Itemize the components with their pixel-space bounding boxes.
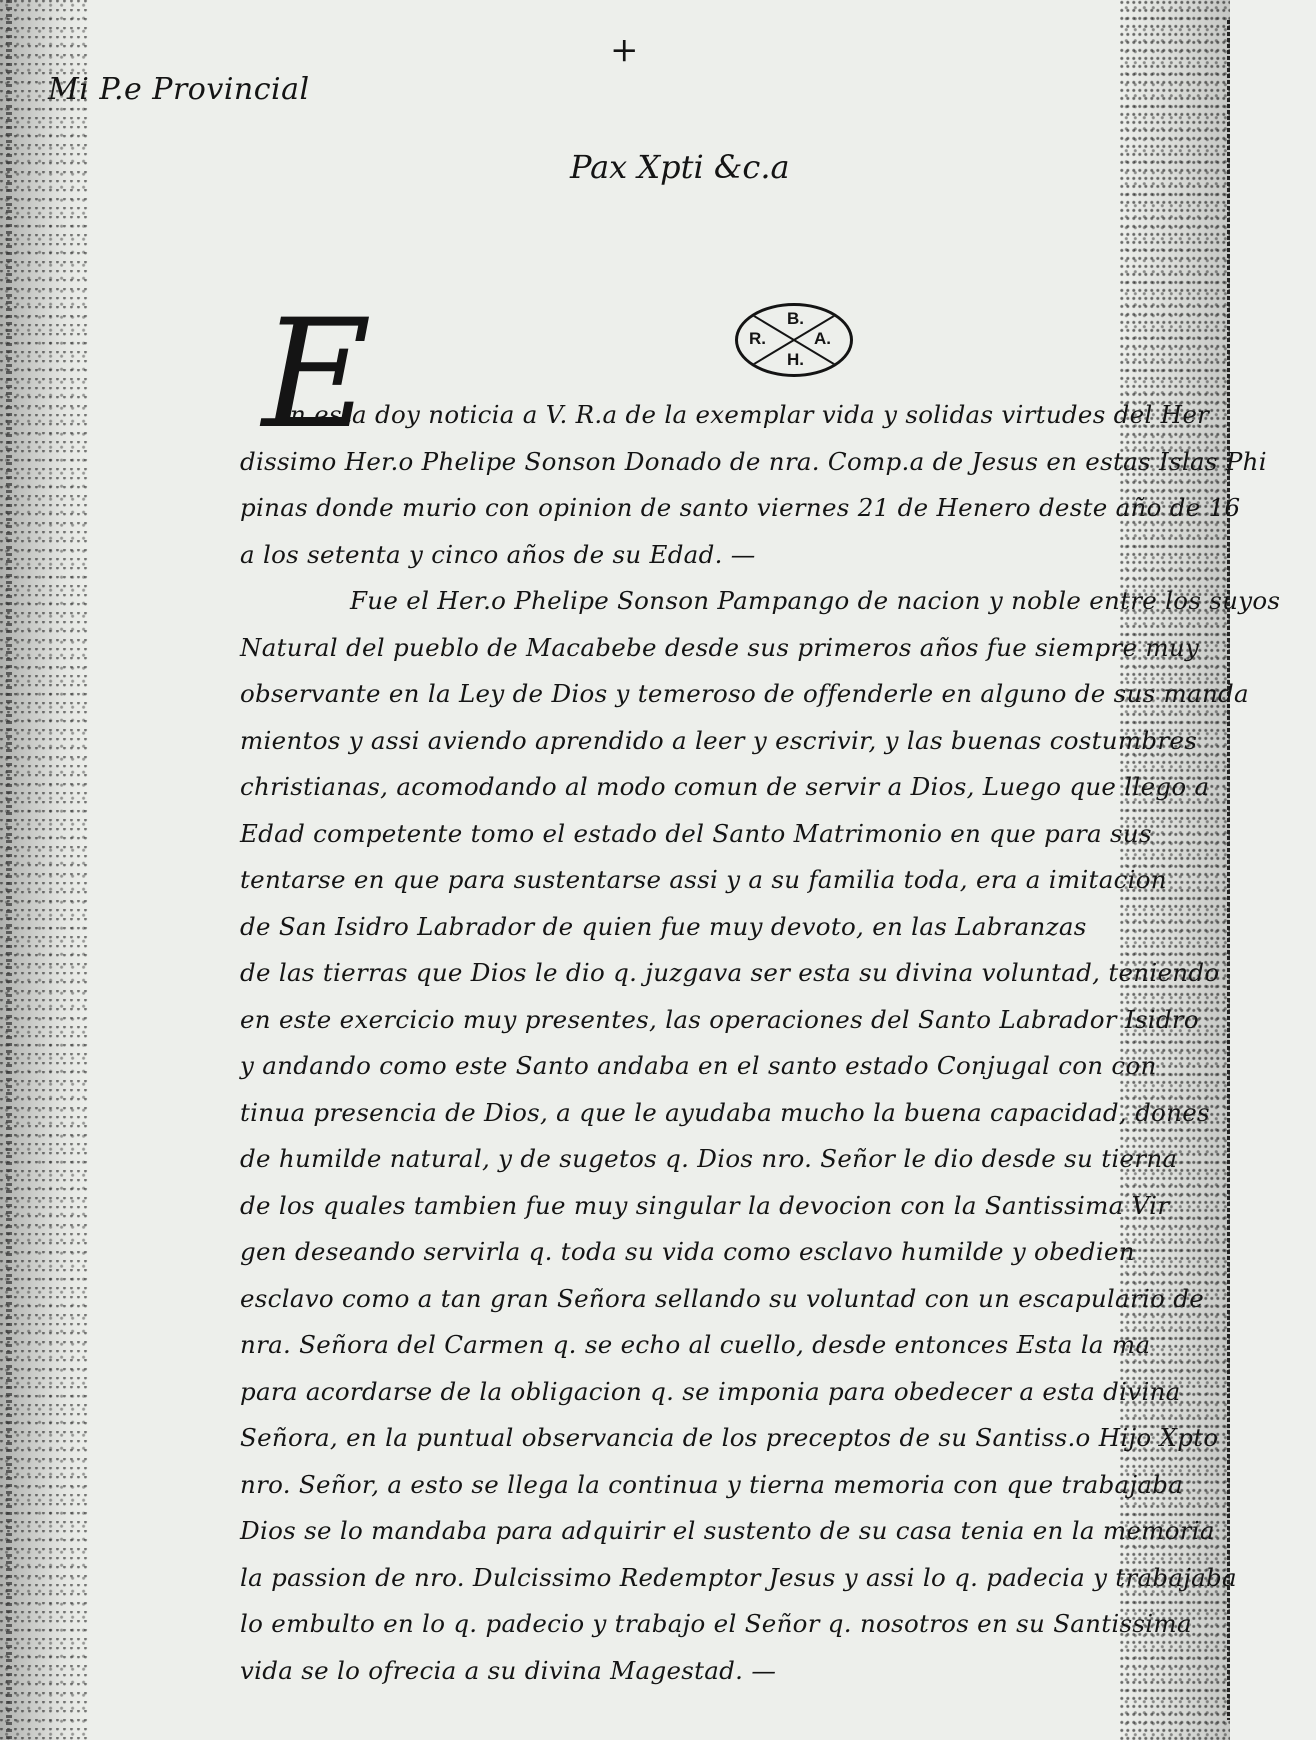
text-line: tinua presencia de Dios, a que le ayudab… bbox=[240, 1090, 1316, 1137]
folio-cross-mark: + bbox=[610, 30, 639, 70]
text-line: en este exercicio muy presentes, las ope… bbox=[240, 997, 1316, 1044]
text-line: de San Isidro Labrador de quien fue muy … bbox=[240, 904, 1316, 951]
manuscript-body: n esta doy noticia a V. R.a de la exempl… bbox=[240, 392, 1316, 1694]
text-line: tentarse en que para sustentarse assi y … bbox=[240, 857, 1316, 904]
text-line: de las tierras que Dios le dio q. juzgav… bbox=[240, 950, 1316, 997]
text-line: de los quales tambien fue muy singular l… bbox=[240, 1183, 1316, 1230]
text-line: nro. Señor, a esto se llega la continua … bbox=[240, 1462, 1316, 1509]
salutation: Pax Xpti &c.a bbox=[570, 148, 790, 186]
photocopy-left-edge bbox=[0, 0, 90, 1740]
text-line: vida se lo ofrecia a su divina Magestad.… bbox=[240, 1648, 1316, 1695]
text-line: Fue el Her.o Phelipe Sonson Pampango de … bbox=[240, 578, 1316, 625]
text-line: para acordarse de la obligacion q. se im… bbox=[240, 1369, 1316, 1416]
text-line: pinas donde murio con opinion de santo v… bbox=[240, 485, 1316, 532]
text-line: la passion de nro. Dulcissimo Redemptor … bbox=[240, 1555, 1316, 1602]
text-line: a los setenta y cinco años de su Edad. — bbox=[240, 532, 1316, 579]
text-line: Edad competente tomo el estado del Santo… bbox=[240, 811, 1316, 858]
text-line: lo embulto en lo q. padecio y trabajo el… bbox=[240, 1601, 1316, 1648]
stamp-letter-right: A. bbox=[814, 330, 831, 347]
text-line: Natural del pueblo de Macabebe desde sus… bbox=[240, 625, 1316, 672]
stamp-letter-top: B. bbox=[787, 310, 804, 327]
text-line: Dios se lo mandaba para adquirir el sust… bbox=[240, 1508, 1316, 1555]
recipient-heading: Mi P.e Provincial bbox=[48, 72, 310, 107]
text-line: esclavo como a tan gran Señora sellando … bbox=[240, 1276, 1316, 1323]
text-line: gen deseando servirla q. toda su vida co… bbox=[240, 1229, 1316, 1276]
archive-stamp: B. R. A. H. bbox=[735, 303, 853, 377]
text-line: n esta doy noticia a V. R.a de la exempl… bbox=[240, 392, 1316, 439]
text-line: mientos y assi aviendo aprendido a leer … bbox=[240, 718, 1316, 765]
text-line: observante en la Ley de Dios y temeroso … bbox=[240, 671, 1316, 718]
text-line: christianas, acomodando al modo comun de… bbox=[240, 764, 1316, 811]
stamp-letter-bottom: H. bbox=[787, 351, 804, 368]
text-line: dissimo Her.o Phelipe Sonson Donado de n… bbox=[240, 439, 1316, 486]
text-line: de humilde natural, y de sugetos q. Dios… bbox=[240, 1136, 1316, 1183]
text-line: nra. Señora del Carmen q. se echo al cue… bbox=[240, 1322, 1316, 1369]
stamp-letter-left: R. bbox=[749, 330, 766, 347]
manuscript-page: + Mi P.e Provincial Pax Xpti &c.a B. R. … bbox=[0, 0, 1316, 1740]
text-line: Señora, en la puntual observancia de los… bbox=[240, 1415, 1316, 1462]
text-line: y andando como este Santo andaba en el s… bbox=[240, 1043, 1316, 1090]
text-line-content: a los setenta y cinco años de su Edad. — bbox=[240, 540, 756, 569]
